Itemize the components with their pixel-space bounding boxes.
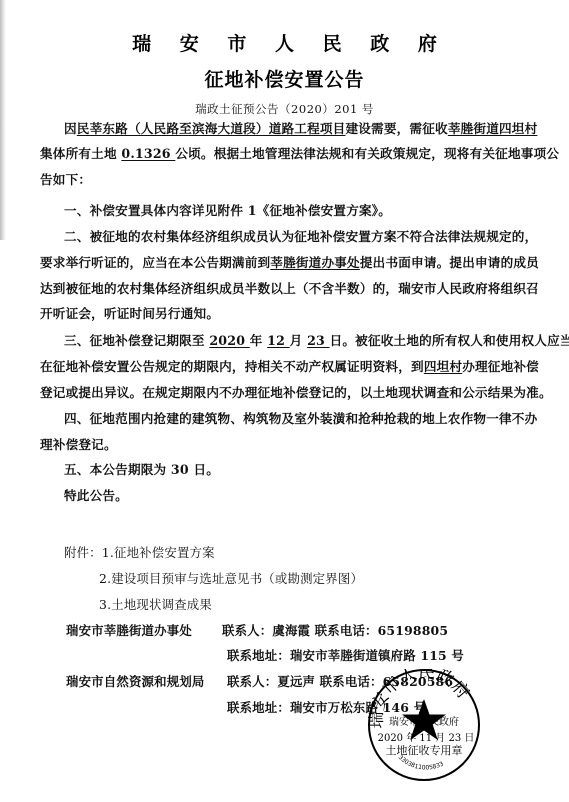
attachment-3: 3.土地现状调查成果	[99, 597, 212, 613]
contact-1-address: 联系地址：瑞安市莘塍街道镇府路 115 号	[227, 648, 464, 664]
office-name: 莘塍街道办事处	[270, 255, 360, 270]
item-2-line-4: 开听证会，听证时间另行通知。	[40, 306, 219, 322]
seal-date: 2020 年 11 月 23 日	[377, 731, 474, 744]
item-3-line-1: 三、征地补偿登记期限至 2020 年 12 月 23 日。被征收土地的所有权人和…	[64, 333, 569, 349]
contact-1-org: 瑞安市莘塍街道办事处	[66, 623, 192, 639]
item-2-line-3: 达到被征地的农村集体经济组织成员半数以上（不含半数）的，瑞安市人民政府将组织召	[40, 281, 539, 297]
deadline-month: 12	[267, 333, 290, 348]
attachment-2: 2.建设项目预审与选址意见书（或勘测定界图）	[99, 571, 363, 587]
item-5: 五、本公告期限为 30 日。	[64, 462, 219, 478]
closing-text: 特此公告。	[64, 488, 128, 504]
contact-2-org: 瑞安市自然资源和规划局	[66, 674, 205, 690]
attachments-line-1: 附件：1.征地补偿安置方案	[64, 545, 215, 561]
seal-inner-text: 瑞安市人民政府	[389, 715, 459, 728]
document-number: 瑞政土征预公告（2020）201 号	[0, 101, 569, 117]
item-1: 一、补偿安置具体内容详见附件 1《征地补偿安置方案》。	[64, 203, 391, 219]
issuer-heading: 瑞 安 市 人 民 政 府	[0, 29, 569, 56]
item-4-line-2: 理补偿登记。	[40, 437, 117, 453]
intro-line-1: 因民莘东路（人民路至滨海大道段）道路工程项目建设需要，需征收莘塍街道四坦村	[64, 121, 537, 137]
land-area: 0.1326	[121, 146, 175, 161]
attachment-1: 1.征地补偿安置方案	[102, 545, 215, 560]
contact-1-person: 联系人：虞海霞 联系电话：65198805	[222, 623, 448, 639]
official-seal: 瑞安市人民政府 瑞安市人民政府 2020 年 11 月 23 日 土地征收专用章…	[368, 669, 480, 781]
seal-graphic: 瑞安市人民政府 瑞安市人民政府 2020 年 11 月 23 日 土地征收专用章…	[368, 669, 480, 781]
notice-title: 征地补偿安置公告	[0, 65, 569, 92]
item-2-line-1: 二、被征地的农村集体经济组织成员认为征地补偿安置方案不符合法律法规规定的，	[64, 229, 537, 245]
deadline-day: 23	[307, 333, 330, 348]
item-3-line-3: 登记或提出异议。在规定期限内不办理征地补偿登记的，以土地现状调查和公示结果为准。	[40, 385, 552, 401]
intro-line-2: 集体所有土地 0.1326 公顷。根据土地管理法律法规和有关政策规定，现将有关征…	[40, 146, 559, 162]
location-name: 莘塍街道四坦村	[448, 121, 538, 136]
intro-line-3: 告如下：	[40, 172, 91, 188]
seal-purpose: 土地征收专用章	[385, 743, 462, 757]
item-2-line-2: 要求举行听证的，应当在本公告期满前到莘塍街道办事处提出书面申请。提出申请的成员	[40, 255, 539, 271]
deadline-year: 2020	[209, 333, 249, 348]
item-4-line-1: 四、征地范围内抢建的建筑物、构筑物及室外装潢和抢种抢栽的地上农作物一律不办	[64, 411, 537, 427]
village-name: 四坦村	[424, 359, 462, 374]
project-name: 民莘东路（人民路至滨海大道段）道路工程项目	[77, 121, 346, 136]
item-3-line-2: 在征地补偿安置公告规定的期限内，持相关不动产权属证明资料，到四坦村办理征地补偿	[40, 359, 539, 375]
